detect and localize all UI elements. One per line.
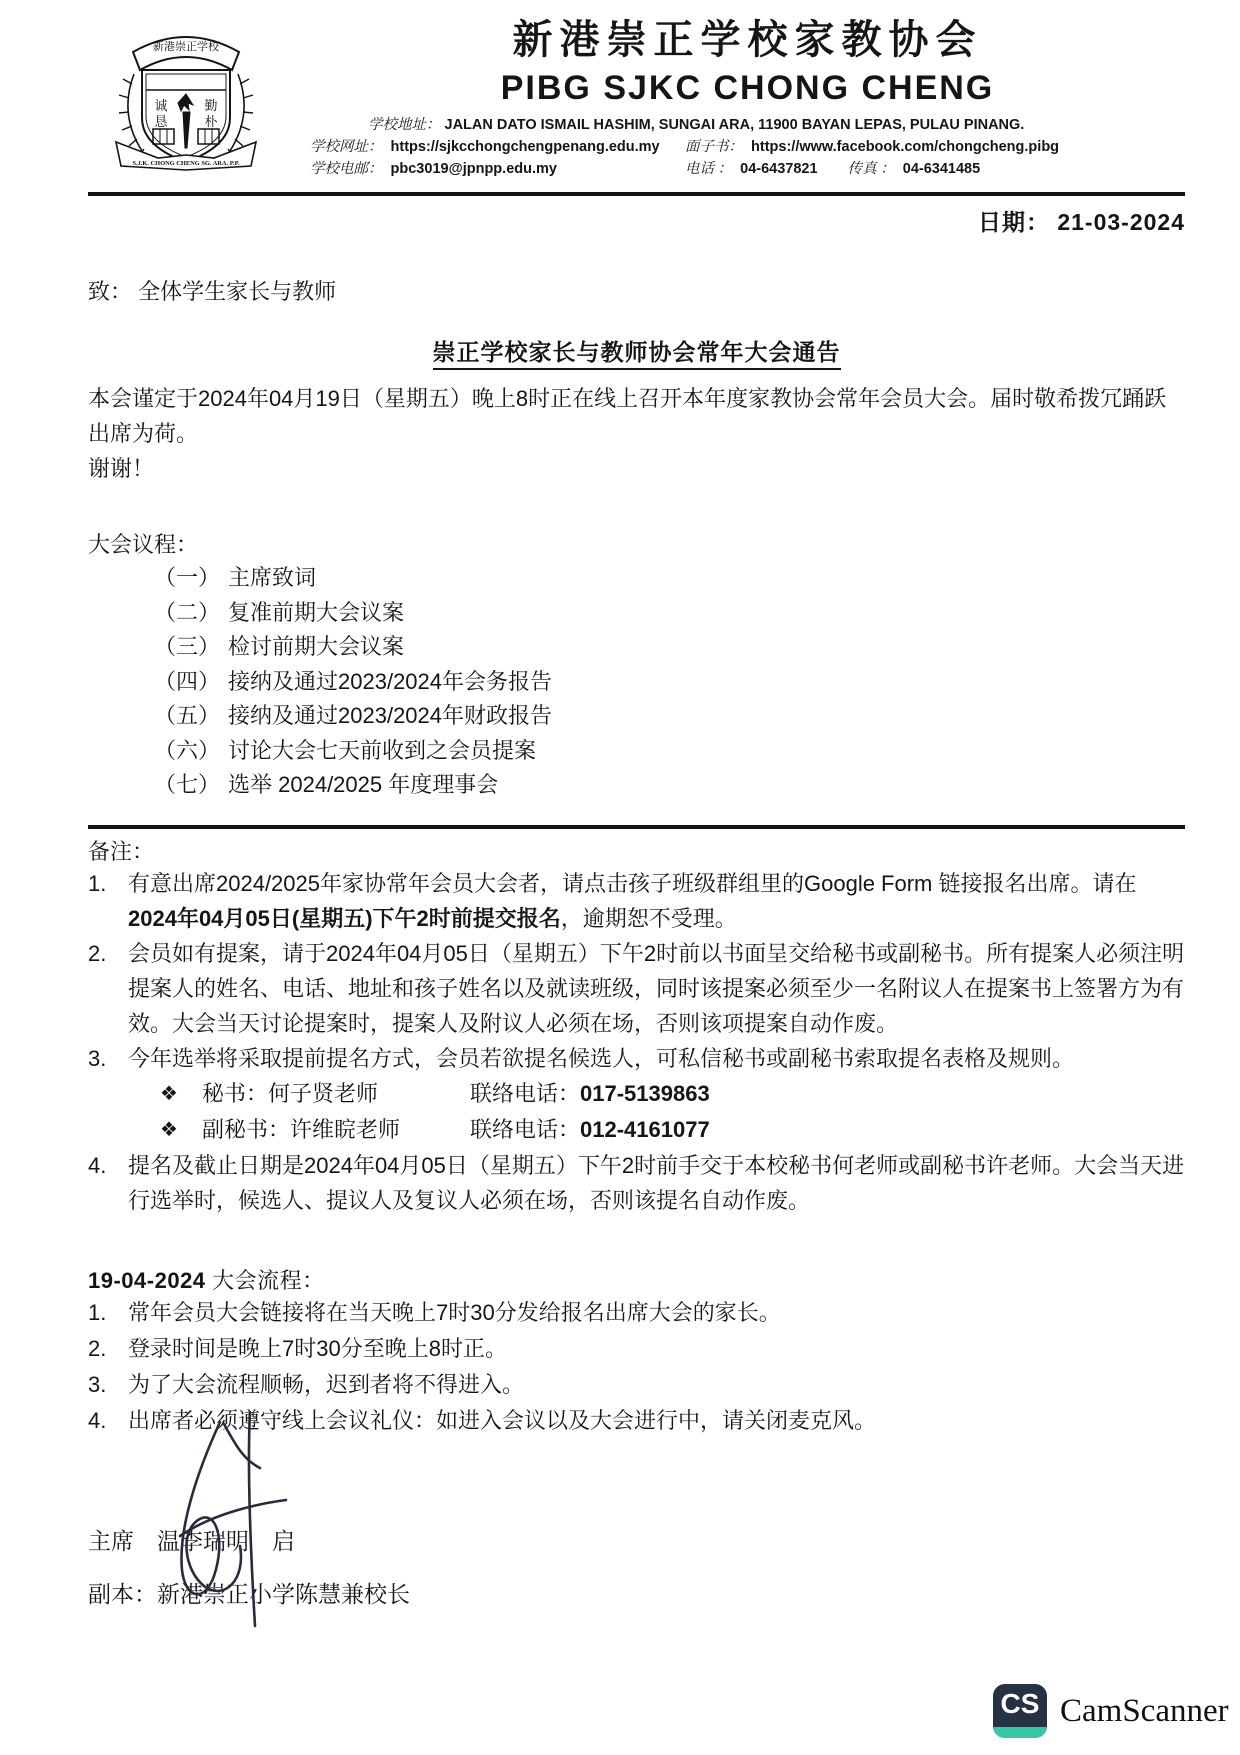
note-item-4: 4. 提名及截止日期是2024年04月05日（星期五）下午2时前手交于本校秘书何…: [88, 1148, 1185, 1218]
recipient-line: 致： 全体学生家长与教师: [88, 275, 1185, 306]
note-text: 会员如有提案，请于2024年04月05日（星期五）下午2时前以书面呈交给秘书或副…: [128, 936, 1185, 1041]
agenda-item: （三）检讨前期大会议案: [88, 630, 1185, 665]
note-number: 3.: [88, 1041, 128, 1148]
section-divider: [88, 825, 1185, 829]
notice-intro: 本会谨定于2024年04月19日（星期五）晚上8时正在线上召开本年度家教协会常年…: [88, 381, 1185, 451]
crest-motto-char: 勤: [204, 98, 217, 113]
date-line: 日期： 21-03-2024: [88, 204, 1185, 237]
email-value: pbc3019@jpnpp.edu.my: [391, 161, 557, 177]
school-crest: 新港崇正学校 诚 恳 勤 朴 S.J.K. CHONG CHENG SG. AR…: [100, 16, 272, 179]
website-value: https://sjkcchongchengpenang.edu.my: [391, 139, 660, 155]
camscanner-accent-strip: [993, 1727, 1047, 1738]
org-name-zh: 新港崇正学校家教协会: [310, 14, 1185, 66]
fax-value: 04-6341485: [903, 161, 980, 177]
facebook-value: https://www.facebook.com/chongcheng.pibg: [751, 139, 1059, 155]
chairman-line: 主席 温李瑞明 启: [88, 1523, 1185, 1556]
diamond-bullet-icon: ❖: [160, 1112, 202, 1148]
camscanner-brand-text: CamScanner: [1060, 1693, 1229, 1730]
flow-item: 4.出席者必须遵守线上会议礼仪：如进入会议以及大会进行中，请关闭麦克风。: [88, 1403, 1185, 1439]
camscanner-watermark: CS CamScanner: [993, 1684, 1229, 1738]
contact-web-row: 学校网址： https://sjkcchongchengpenang.edu.m…: [310, 136, 1185, 158]
notes-heading: 备注：: [88, 835, 1185, 866]
scanned-notice-page: 新港崇正学校 诚 恳 勤 朴 S.J.K. CHONG CHENG SG. AR…: [0, 0, 1240, 1755]
agenda-item: （一）主席致词: [88, 561, 1185, 596]
fax-label: 传真 ：: [848, 161, 895, 177]
camscanner-initials: CS: [993, 1688, 1047, 1720]
crest-motto-char: 朴: [204, 114, 218, 129]
contact-address-row: 学校地址： JALAN DATO ISMAIL HASHIM, SUNGAI A…: [310, 114, 1185, 136]
letterhead: 新港崇正学校 诚 恳 勤 朴 S.J.K. CHONG CHENG SG. AR…: [88, 14, 1185, 186]
agenda-list: （一）主席致词 （二）复准前期大会议案 （三）检讨前期大会议案 （四）接纳及通过…: [88, 561, 1185, 803]
flow-heading: 19-04-2024 大会流程：: [88, 1264, 1185, 1295]
crest-banner-text: 新港崇正学校: [153, 39, 220, 53]
agenda-item: （二）复准前期大会议案: [88, 596, 1185, 631]
address-value: JALAN DATO ISMAIL HASHIM, SUNGAI ARA, 11…: [445, 114, 1025, 136]
note-item-1: 1. 有意出席2024/2025年家协常年会员大会者，请点击孩子班级群组里的Go…: [88, 866, 1185, 936]
note-item-3: 3. 今年选举将采取提前提名方式，会员若欲提名候选人，可私信秘书或副秘书索取提名…: [88, 1041, 1185, 1148]
facebook-label: 面子书：: [685, 139, 743, 155]
flow-item: 1.常年会员大会链接将在当天晚上7时30分发给报名出席大会的家长。: [88, 1295, 1185, 1331]
phone-label: 电话 ：: [685, 161, 732, 177]
secretary-name: 秘书：何子贤老师: [202, 1076, 470, 1112]
school-crest-icon: 新港崇正学校 诚 恳 勤 朴 S.J.K. CHONG CHENG SG. AR…: [100, 16, 272, 174]
email-label: 学校电邮：: [310, 161, 383, 177]
crest-motto-char: 诚: [154, 98, 167, 113]
flow-item: 3.为了大会流程顺畅，迟到者将不得进入。: [88, 1367, 1185, 1403]
crest-ribbon-text: S.J.K. CHONG CHENG SG. ARA. P.P.: [132, 160, 240, 167]
notice-title: 崇正学校家长与教师协会常年大会通告: [88, 334, 1185, 367]
note-number: 1.: [88, 866, 128, 936]
note-text: 有意出席2024/2025年家协常年会员大会者，请点击孩子班级群组里的Googl…: [128, 866, 1185, 936]
secretary-name: 副秘书：许维睆老师: [202, 1112, 470, 1148]
diamond-bullet-icon: ❖: [160, 1076, 202, 1112]
cc-line: 副本：新港崇正小学陈慧兼校长: [88, 1576, 1185, 1609]
note-number: 4.: [88, 1148, 128, 1218]
flow-item: 2.登录时间是晚上7时30分至晚上8时正。: [88, 1331, 1185, 1367]
note-number: 2.: [88, 936, 128, 1041]
agenda-item: （七）选举 2024/2025 年度理事会: [88, 768, 1185, 803]
agenda-item: （六）讨论大会七天前收到之会员提案: [88, 734, 1185, 769]
contact-phone-row: 学校电邮： pbc3019@jpnpp.edu.my 电话 ： 04-64378…: [310, 158, 1185, 180]
secretary-phone: 联络电话：017-5139863: [470, 1076, 1185, 1112]
flow-list: 1.常年会员大会链接将在当天晚上7时30分发给报名出席大会的家长。 2.登录时间…: [88, 1295, 1185, 1439]
header-divider: [88, 192, 1185, 196]
secretary-row: ❖ 副秘书：许维睆老师 联络电话：012-4161077: [128, 1112, 1185, 1148]
secretary-row: ❖ 秘书：何子贤老师 联络电话：017-5139863: [128, 1076, 1185, 1112]
secretary-phone: 联络电话：012-4161077: [470, 1112, 1185, 1148]
agenda-heading: 大会议程：: [88, 528, 1185, 559]
note-text: 今年选举将采取提前提名方式，会员若欲提名候选人，可私信秘书或副秘书索取提名表格及…: [128, 1041, 1185, 1148]
crest-motto-char: 恳: [154, 114, 168, 129]
deadline-bold-text: 2024年04月05日(星期五)下午2时前提交报名: [128, 906, 561, 931]
address-label: 学校地址：: [368, 114, 441, 136]
agenda-item: （四）接纳及通过2023/2024年会务报告: [88, 665, 1185, 700]
note-text: 提名及截止日期是2024年04月05日（星期五）下午2时前手交于本校秘书何老师或…: [128, 1148, 1185, 1218]
org-name-en: PIBG SJKC CHONG CHENG: [310, 66, 1185, 110]
agenda-item: （五）接纳及通过2023/2024年财政报告: [88, 699, 1185, 734]
website-label: 学校网址：: [310, 139, 383, 155]
notice-thanks: 谢谢！: [88, 451, 1185, 486]
phone-value: 04-6437821: [740, 161, 817, 177]
contact-block: 学校地址： JALAN DATO ISMAIL HASHIM, SUNGAI A…: [310, 114, 1185, 180]
camscanner-logo-icon: CS: [993, 1684, 1047, 1738]
note-item-2: 2. 会员如有提案，请于2024年04月05日（星期五）下午2时前以书面呈交给秘…: [88, 936, 1185, 1041]
